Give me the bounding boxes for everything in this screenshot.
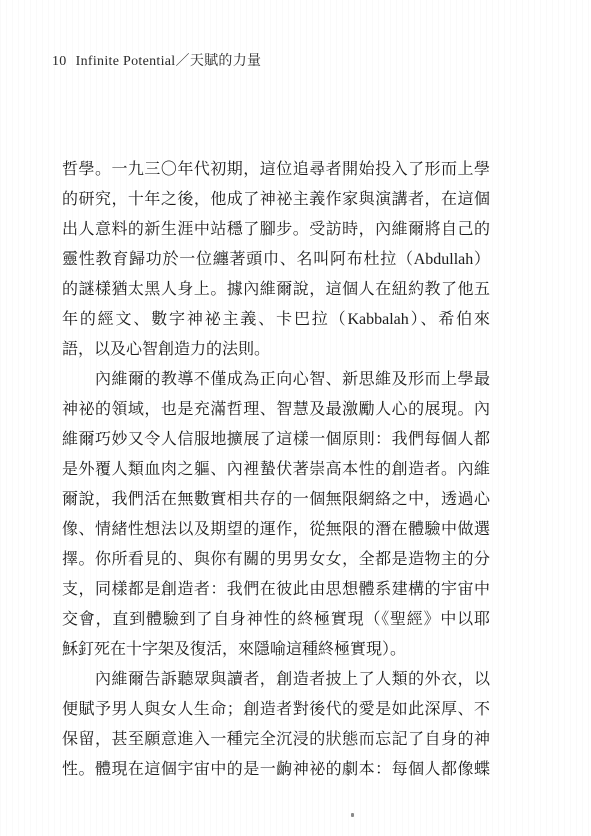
text-line: 神祕的領域，也是充滿哲理、智慧及最激勵人心的展現。內: [62, 395, 490, 425]
book-title-zh: 天賦的力量: [190, 54, 262, 69]
text-line: 保留，甚至願意進入一種完全沉浸的狀態而忘記了自身的神: [62, 725, 490, 755]
text-line: 便賦予男人與女人生命；創造者對後代的愛是如此深厚、不: [62, 695, 490, 725]
title-separator: ／: [176, 54, 190, 69]
text-line: 穌釘死在十字架及復活，來隱喻這種終極實現）。: [62, 635, 490, 665]
text-line: 的研究，十年之後，他成了神祕主義作家與演講者，在這個: [62, 185, 490, 215]
paragraph: 內維爾告訴聽眾與讀者，創造者披上了人類的外衣，以 便賦予男人與女人生命；創造者對…: [62, 665, 490, 785]
text-line: 靈性教育歸功於一位纏著頭巾、名叫阿布杜拉（Abdullah）: [62, 245, 490, 275]
text-line: 維爾巧妙又令人信服地擴展了這樣一個原則：我們每個人都: [62, 425, 490, 455]
text-line: 哲學。一九三〇年代初期，這位追尋者開始投入了形而上學: [62, 155, 490, 185]
text-line: 爾說，我們活在無數實相共存的一個無限網絡之中，透過心: [62, 485, 490, 515]
book-page: 10Infinite Potential／天賦的力量 哲學。一九三〇年代初期，這…: [0, 0, 591, 836]
paragraph: 內維爾的教導不僅成為正向心智、新思維及形而上學最 神祕的領域，也是充滿哲理、智慧…: [62, 365, 490, 665]
page-number: 10: [52, 54, 67, 69]
text-line: 內維爾的教導不僅成為正向心智、新思維及形而上學最: [62, 365, 490, 395]
body-text: 哲學。一九三〇年代初期，這位追尋者開始投入了形而上學 的研究，十年之後，他成了神…: [62, 155, 490, 785]
scan-speck-artifact: [351, 813, 354, 817]
text-line: 語，以及心智創造力的法則。: [62, 335, 490, 365]
text-line: 出人意料的新生涯中站穩了腳步。受訪時，內維爾將自己的: [62, 215, 490, 245]
text-line: 性。體現在這個宇宙中的是一齣神祕的劇本：每個人都像蝶: [62, 755, 490, 785]
book-title-en: Infinite Potential: [76, 54, 176, 69]
text-line: 內維爾告訴聽眾與讀者，創造者披上了人類的外衣，以: [62, 665, 490, 695]
text-line: 年的經文、數字神祕主義、卡巴拉（Kabbalah）、希伯來: [62, 305, 490, 335]
text-line: 支，同樣都是創造者：我們在彼此由思想體系建構的宇宙中: [62, 575, 490, 605]
text-line: 像、情緒性想法以及期望的運作，從無限的潛在體驗中做選: [62, 515, 490, 545]
text-line: 的謎樣猶太黑人身上。據內維爾說，這個人在紐約教了他五: [62, 275, 490, 305]
paragraph: 哲學。一九三〇年代初期，這位追尋者開始投入了形而上學 的研究，十年之後，他成了神…: [62, 155, 490, 365]
text-line: 擇。你所看見的、與你有關的男男女女，全都是造物主的分: [62, 545, 490, 575]
text-line: 是外覆人類血肉之軀、內裡蟄伏著崇高本性的創造者。內維: [62, 455, 490, 485]
running-header: 10Infinite Potential／天賦的力量: [52, 50, 261, 70]
text-line: 交會，直到體驗到了自身神性的終極實現（《聖經》中以耶: [62, 605, 490, 635]
